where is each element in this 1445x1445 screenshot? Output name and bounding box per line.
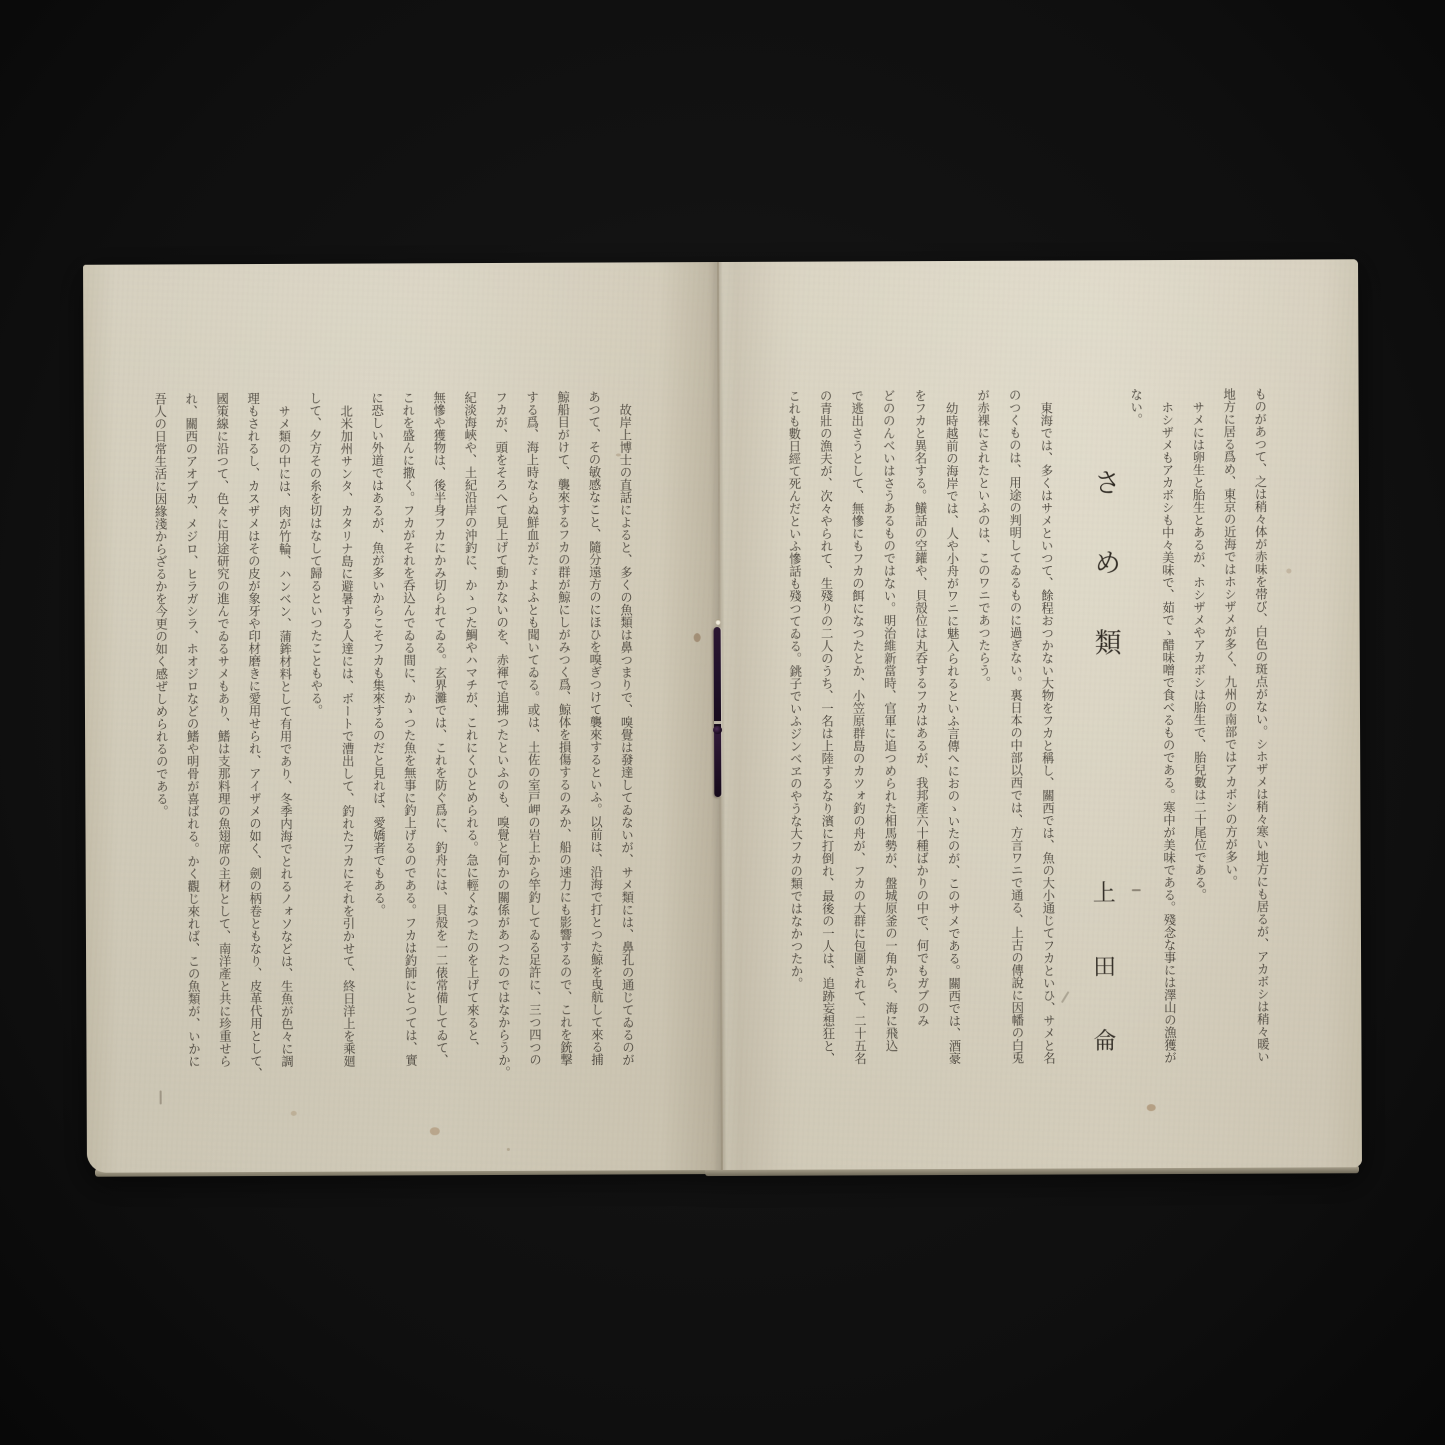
text-column: に恐しい外道ではあるが、魚が多いからこそフカも集來するのだと見れば、愛嬌者でもあ… xyxy=(360,391,389,1081)
text-column: れ、關西のアオブカ、メジロ、ヒラガシラ、ホオジロなどの鰭や明骨が喜ばれる。かく觀… xyxy=(174,392,203,1082)
text-column: して、夕方その糸を切はなして歸るといつたこともやる。 xyxy=(298,392,327,1082)
text-column: 吾人の日常生活に因緣淺からざるかを今更の如く感ぜしめられるのである。 xyxy=(143,392,172,1082)
text-column: これを盛んに撒く。フカがそれを呑込んでゐる間に、かゝつた魚を無事に釣上げるのであ… xyxy=(391,391,420,1081)
text-column: 北米加州サンタ、カタリナ島に避暑する人達には、ボートで漕出して、釣れたフカにそれ… xyxy=(329,405,358,1082)
article-title: さめ類 xyxy=(1085,468,1125,708)
text-column: 鯨船目がけて、襲來するフカの群が鯨にしがみつく爲、鯨体を損傷するのみか、船の速力… xyxy=(546,391,575,1081)
photo-background: ものがあつて、之は稍々体が赤味を帯び、白色の斑点がない。シホザメは稍々寒い地方に… xyxy=(0,0,1445,1445)
text-column: 國策線に沿つて、色々に用途研究の進んでゐるサメもあり、鰭は支那料理の魚翅席の主材… xyxy=(205,392,234,1082)
text-column: あつて、その敏感なこと、隨分遠方のにほひを嗅ぎつけて襲來するといふ。以前は、沿海… xyxy=(577,391,606,1081)
paper: ものがあつて、之は稍々体が赤味を帯び、白色の斑点がない。シホザメは稍々寒い地方に… xyxy=(83,259,1362,1173)
text-column: サメ類の中には、肉が竹輪、ハンベン、蒲鉾材料として有用であり、冬季内海でとれるノ… xyxy=(267,405,296,1082)
booklet-spread: ものがあつて、之は稍々体が赤味を帯び、白色の斑点がない。シホザメは稍々寒い地方に… xyxy=(83,259,1362,1173)
text-column: する爲、海上時ならぬ鮮血がたゞよふとも聞いてゐる。或は、土佐の室戸岬の岩上から竿… xyxy=(515,391,544,1081)
author-name: 上田侖 xyxy=(1086,880,1120,1102)
left-page-body-text: 故岸上博士の直話によると、多くの魚類は鼻つまりで、嗅覺は發達してゐないが、サメ類… xyxy=(83,259,1362,1173)
text-column: 理もされるし、カスザメはその皮が象牙や印材磨きに愛用せられ、アイザメの如く、劍の… xyxy=(236,392,265,1082)
text-column: 無慘や獲物は、後半身フカにかみ切られてゐる。玄界灘では、これを防ぐ爲に、釣舟には… xyxy=(422,391,451,1081)
text-column: 紀淡海峽や、土紀沿岸の沖釣に、かゝつた鯛やハマチが、これにくひとめられる。急に輕… xyxy=(453,391,482,1081)
text-column: フカが、頭をそろへて見上げて動かないのを、赤褌で追拂つたといふのも、嗅覺と何かの… xyxy=(484,391,513,1081)
text-column: 故岸上博士の直話によると、多くの魚類は鼻つまりで、嗅覺は發達してゐないが、サメ類… xyxy=(608,403,637,1080)
